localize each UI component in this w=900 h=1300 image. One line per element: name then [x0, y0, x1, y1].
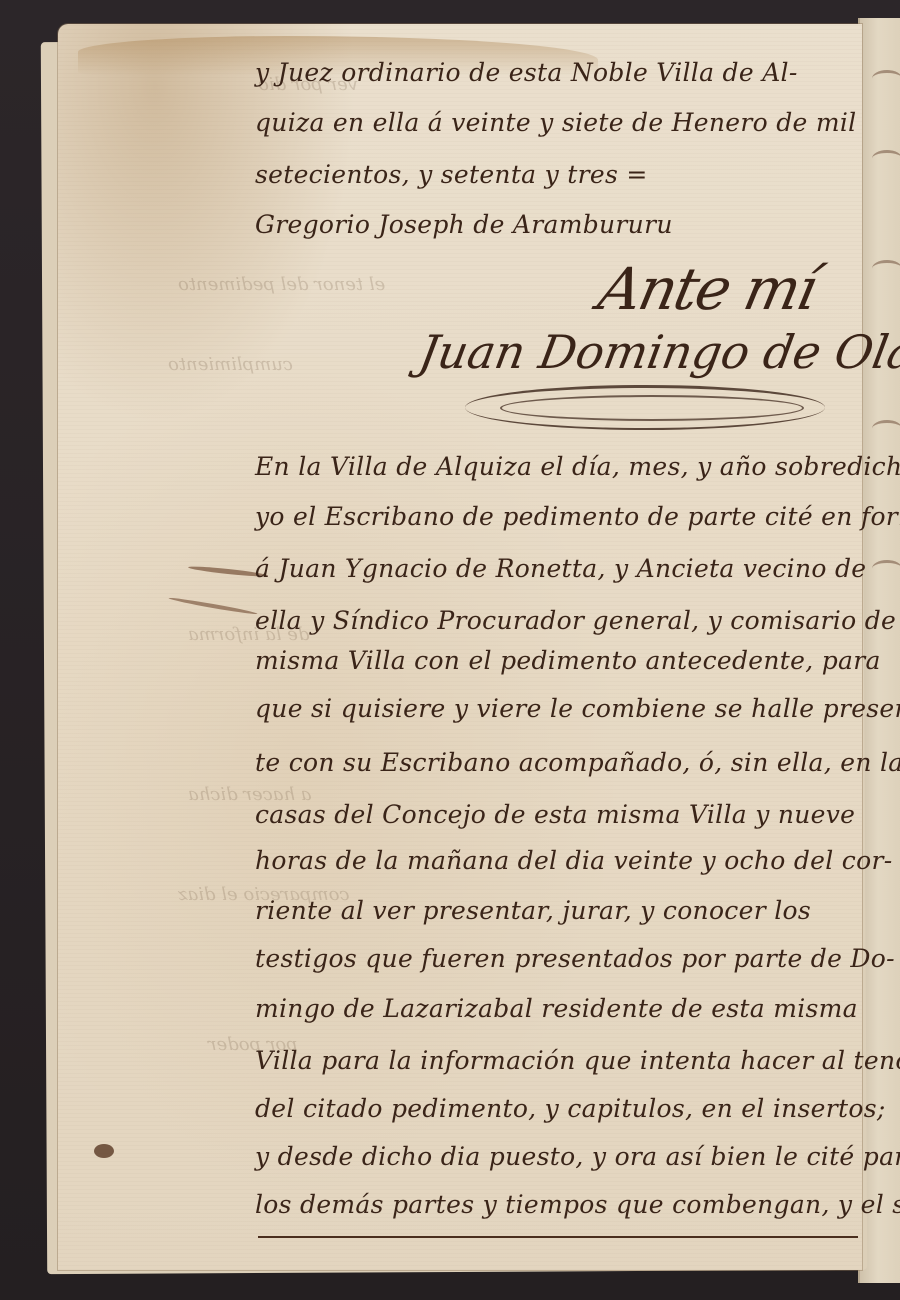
facing-page-ink	[872, 150, 900, 167]
ink-blot	[94, 1144, 114, 1158]
facing-page-ink	[872, 560, 900, 577]
text-line: riente al ver presentar, jurar, y conoce…	[255, 896, 811, 925]
facing-page-ink	[872, 420, 900, 437]
facing-page-ink	[872, 70, 900, 87]
text-line: En la Villa de Alquiza el día, mes, y añ…	[255, 452, 900, 481]
signature-rubric-loop	[500, 395, 804, 421]
closing-line	[258, 1236, 858, 1238]
signer-name: Gregorio Joseph de Arambururu	[255, 210, 673, 239]
facing-page-ink	[872, 260, 900, 277]
text-line: testigos que fueren presentados por part…	[255, 944, 895, 973]
text-line: yo el Escribano de pedimento de parte ci…	[255, 502, 900, 531]
text-line: los demás partes y tiempos que combengan…	[255, 1190, 900, 1219]
notary-signature-name: Juan Domingo de Olalde	[415, 325, 900, 379]
text-line: á Juan Ygnacio de Ronetta, y Ancieta vec…	[255, 554, 866, 583]
text-line: horas de la mañana del dia veinte y ocho…	[255, 846, 892, 875]
text-line: setecientos, y setenta y tres =	[255, 160, 648, 189]
text-line: Villa para la información que intenta ha…	[255, 1046, 900, 1075]
text-line: y desde dicho dia puesto, y ora así bien…	[255, 1142, 900, 1171]
bleed-through-text: el tenor del pedimento	[178, 274, 385, 295]
ink-stroke	[168, 596, 257, 616]
text-line: misma Villa con el pedimento antecedente…	[255, 646, 881, 675]
text-line: del citado pedimento, y capitulos, en el…	[255, 1094, 886, 1123]
text-line: ella y Síndico Procurador general, y com…	[255, 606, 900, 635]
text-line: casas del Concejo de esta misma Villa y …	[255, 800, 855, 829]
text-line: mingo de Lazarizabal residente de esta m…	[255, 994, 858, 1023]
text-line: te con su Escribano acompañado, ó, sin e…	[255, 748, 900, 777]
bleed-through-text: cumplimiento	[168, 354, 293, 375]
text-line: y Juez ordinario de esta Noble Villa de …	[255, 58, 798, 87]
notary-signature-ante-mi: Ante mí	[593, 255, 822, 323]
text-line: quiza en ella á veinte y siete de Henero…	[255, 108, 856, 137]
text-line: que si quisiere y viere le combiene se h…	[255, 694, 900, 723]
